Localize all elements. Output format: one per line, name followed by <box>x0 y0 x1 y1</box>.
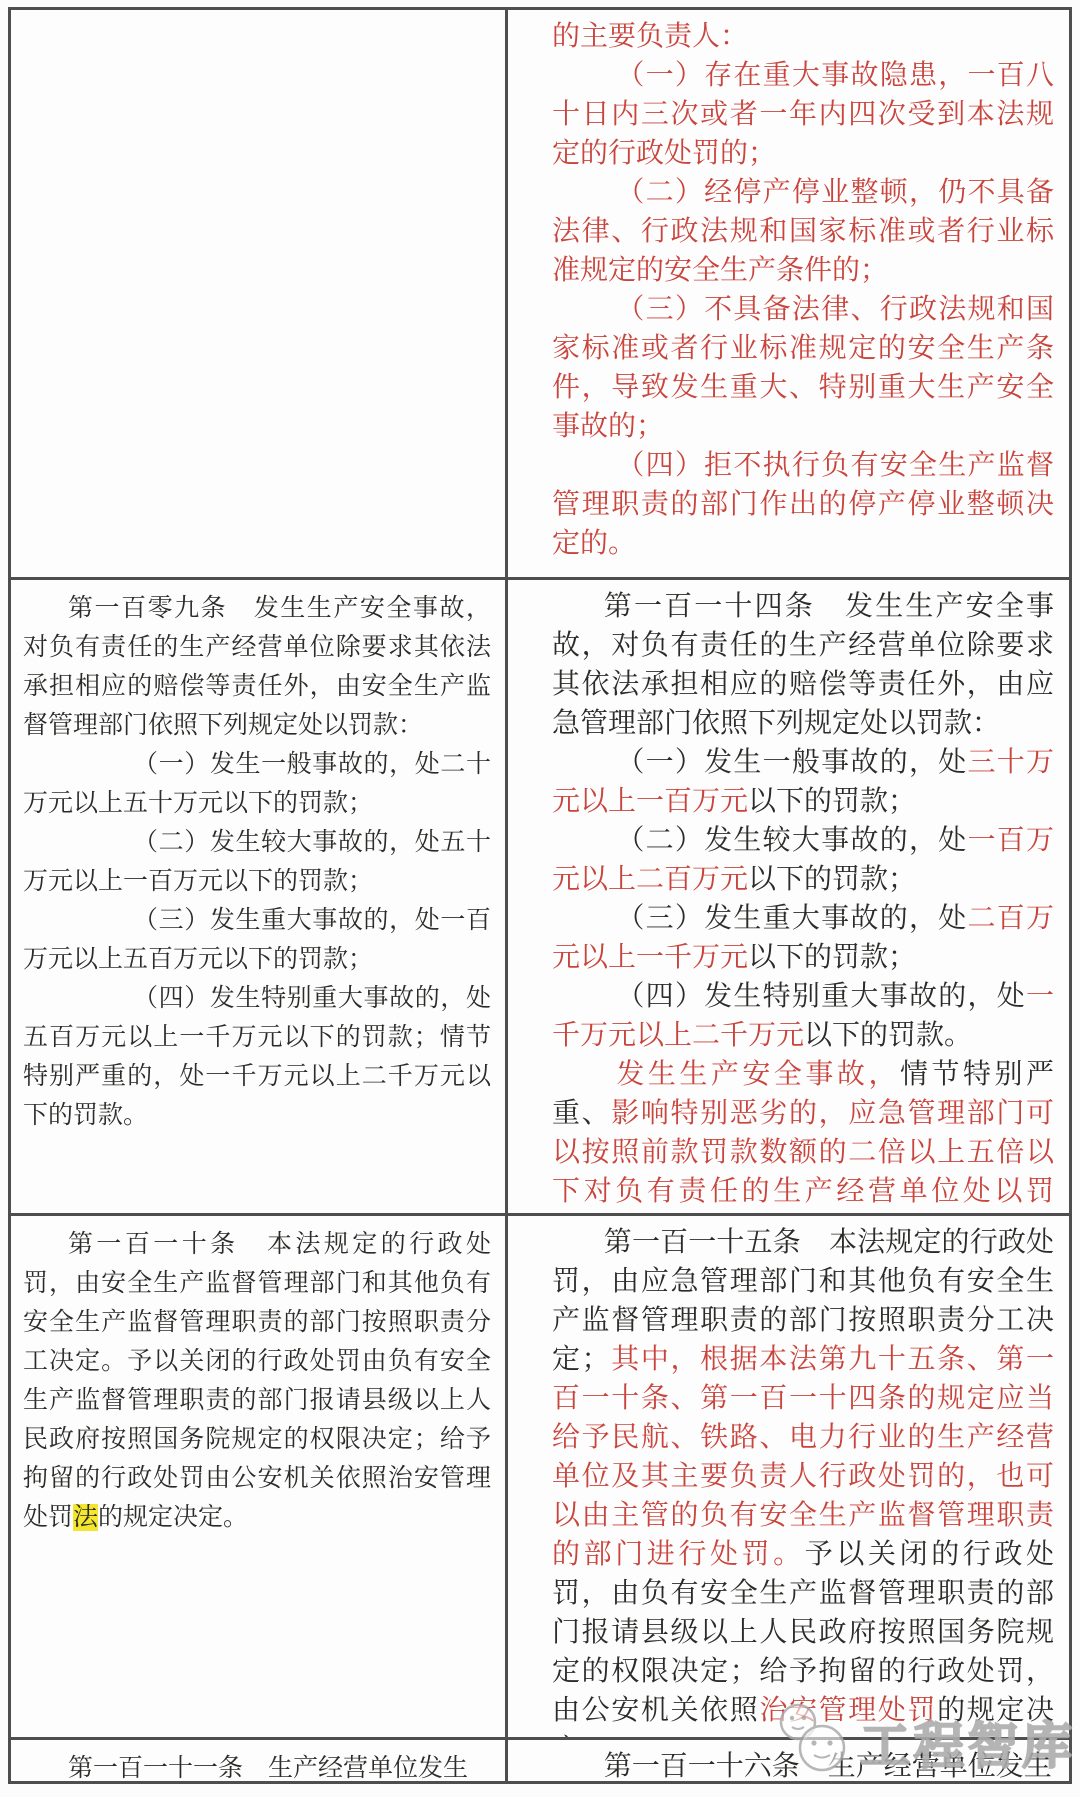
changed-text: 治安管理处罚 <box>759 1695 937 1726</box>
old-law-cell: 第一百一十条 本法规定的行政处罚，由安全生产监督管理部门和其他负有安全生产监督管… <box>11 1216 508 1737</box>
paragraph: （一）发生一般事故的，处二十万元以上五十万元以下的罚款； <box>23 745 491 823</box>
changed-text: 发生生产安全事故， <box>616 1059 900 1090</box>
paragraph: 第一百一十六条 生产经营单位发生 <box>552 1747 1054 1781</box>
body-text: 第一百一十六条 生产经营单位发生 <box>604 1751 1052 1781</box>
body-text: 第一百一十一条 生产经营单位发生 <box>68 1755 468 1781</box>
body-text: （三）发生重大事故的，处一百万元以上五百万元以下的罚款； <box>23 907 491 973</box>
old-law-cell: 第一百一十一条 生产经营单位发生 <box>11 1740 508 1781</box>
paragraph: （三）发生重大事故的，处一百万元以上五百万元以下的罚款； <box>23 901 491 979</box>
body-text: （一）发生一般事故的，处二十万元以上五十万元以下的罚款； <box>23 751 491 817</box>
table-row: 的主要负责人：（一）存在重大事故隐患，一百八十日内三次或者一年内四次受到本法规定… <box>11 10 1069 580</box>
body-text: （二）发生较大事故的，处五十万元以上一百万元以下的罚款； <box>23 829 491 895</box>
table-row: 第一百一十一条 生产经营单位发生 第一百一十六条 生产经营单位发生 <box>11 1740 1069 1781</box>
new-law-cell: 第一百一十五条 本法规定的行政处罚，由应急管理部门和其他负有安全生产监督管理职责… <box>508 1216 1066 1737</box>
paragraph: （四）发生特别重大事故的，处一千万元以上二千万元以下的罚款。 <box>552 977 1054 1055</box>
paragraph: （四）发生特别重大事故的，处五百万元以上一千万元以下的罚款；情节特别严重的，处一… <box>23 979 491 1135</box>
paragraph: 第一百一十一条 生产经营单位发生 <box>23 1749 491 1781</box>
body-text: 第一百一十条 本法规定的行政处罚，由安全生产监督管理部门和其他负有安全生产监督管… <box>23 1231 491 1531</box>
body-text: 以下的罚款； <box>748 864 916 895</box>
changed-text: 影响特别恶劣的，应急管理部门可以按照前款罚款数额的二倍以上五倍以下对负有责任的生… <box>552 1098 1054 1213</box>
old-law-cell: 第一百零九条 发生生产安全事故，对负有责任的生产经营单位除要求其依法承担相应的赔… <box>11 580 508 1213</box>
document-page: 的主要负责人：（一）存在重大事故隐患，一百八十日内三次或者一年内四次受到本法规定… <box>0 0 1080 1797</box>
body-text: 以下的罚款。 <box>804 1020 972 1051</box>
paragraph: （三）发生重大事故的，处二百万元以上一千万元以下的罚款； <box>552 899 1054 977</box>
paragraph: （二）经停产停业整顿，仍不具备法律、行政法规和国家标准或者行业标准规定的安全生产… <box>552 173 1054 290</box>
body-text: 以下的罚款； <box>748 942 916 973</box>
changed-text: （二）经停产停业整顿，仍不具备法律、行政法规和国家标准或者行业标准规定的安全生产… <box>552 177 1054 286</box>
paragraph: （一）发生一般事故的，处三十万元以上一百万元以下的罚款； <box>552 743 1054 821</box>
body-text: （三）发生重大事故的，处 <box>616 903 967 934</box>
new-law-cell: 的主要负责人：（一）存在重大事故隐患，一百八十日内三次或者一年内四次受到本法规定… <box>508 10 1066 577</box>
table-row: 第一百零九条 发生生产安全事故，对负有责任的生产经营单位除要求其依法承担相应的赔… <box>11 580 1069 1216</box>
body-text: 以下的罚款； <box>748 786 916 817</box>
law-comparison-table: 的主要负责人：（一）存在重大事故隐患，一百八十日内三次或者一年内四次受到本法规定… <box>8 7 1072 1784</box>
paragraph: 发生生产安全事故，情节特别严重、影响特别恶劣的，应急管理部门可以按照前款罚款数额… <box>552 1055 1054 1213</box>
old-law-cell <box>11 10 508 577</box>
paragraph: （一）存在重大事故隐患，一百八十日内三次或者一年内四次受到本法规定的行政处罚的； <box>552 56 1054 173</box>
new-law-cell: 第一百一十六条 生产经营单位发生 <box>508 1740 1066 1781</box>
highlighted-text: 法 <box>73 1504 98 1531</box>
body-text: 第一百一十四条 发生生产安全事故，对负有责任的生产经营单位除要求其依法承担相应的… <box>552 591 1054 739</box>
body-text: （四）发生特别重大事故的，处 <box>616 981 1026 1012</box>
paragraph: （四）拒不执行负有安全生产监督管理职责的部门作出的停产停业整顿决定的。 <box>552 446 1054 563</box>
body-text: 的规定决定。 <box>98 1504 248 1531</box>
paragraph: （三）不具备法律、行政法规和国家标准或者行业标准规定的安全生产条件，导致发生重大… <box>552 290 1054 446</box>
new-law-cell: 第一百一十四条 发生生产安全事故，对负有责任的生产经营单位除要求其依法承担相应的… <box>508 580 1066 1213</box>
changed-text: （一）存在重大事故隐患，一百八十日内三次或者一年内四次受到本法规定的行政处罚的； <box>552 60 1054 169</box>
table-row: 第一百一十条 本法规定的行政处罚，由安全生产监督管理部门和其他负有安全生产监督管… <box>11 1216 1069 1740</box>
body-text: （一）发生一般事故的，处 <box>616 747 967 778</box>
body-text: （四）发生特别重大事故的，处五百万元以上一千万元以下的罚款；情节特别严重的，处一… <box>23 985 491 1129</box>
paragraph: 第一百一十四条 发生生产安全事故，对负有责任的生产经营单位除要求其依法承担相应的… <box>552 587 1054 743</box>
body-text: （二）发生较大事故的，处 <box>616 825 967 856</box>
body-text: 第一百零九条 发生生产安全事故，对负有责任的生产经营单位除要求其依法承担相应的赔… <box>23 595 491 739</box>
paragraph: 第一百一十条 本法规定的行政处罚，由安全生产监督管理部门和其他负有安全生产监督管… <box>23 1225 491 1537</box>
changed-text: 的主要负责人： <box>552 21 748 52</box>
paragraph: 第一百零九条 发生生产安全事故，对负有责任的生产经营单位除要求其依法承担相应的赔… <box>23 589 491 745</box>
changed-text: （四）拒不执行负有安全生产监督管理职责的部门作出的停产停业整顿决定的。 <box>552 450 1054 559</box>
paragraph: 的主要负责人： <box>552 17 1054 56</box>
changed-text: （三）不具备法律、行政法规和国家标准或者行业标准规定的安全生产条件，导致发生重大… <box>552 294 1054 442</box>
paragraph: （二）发生较大事故的，处一百万元以上二百万元以下的罚款； <box>552 821 1054 899</box>
paragraph: （二）发生较大事故的，处五十万元以上一百万元以下的罚款； <box>23 823 491 901</box>
changed-text: 其中，根据本法第九十五条、第一百一十条、第一百一十四条的规定应当给予民航、铁路、… <box>552 1344 1054 1570</box>
paragraph: 第一百一十五条 本法规定的行政处罚，由应急管理部门和其他负有安全生产监督管理职责… <box>552 1223 1054 1737</box>
